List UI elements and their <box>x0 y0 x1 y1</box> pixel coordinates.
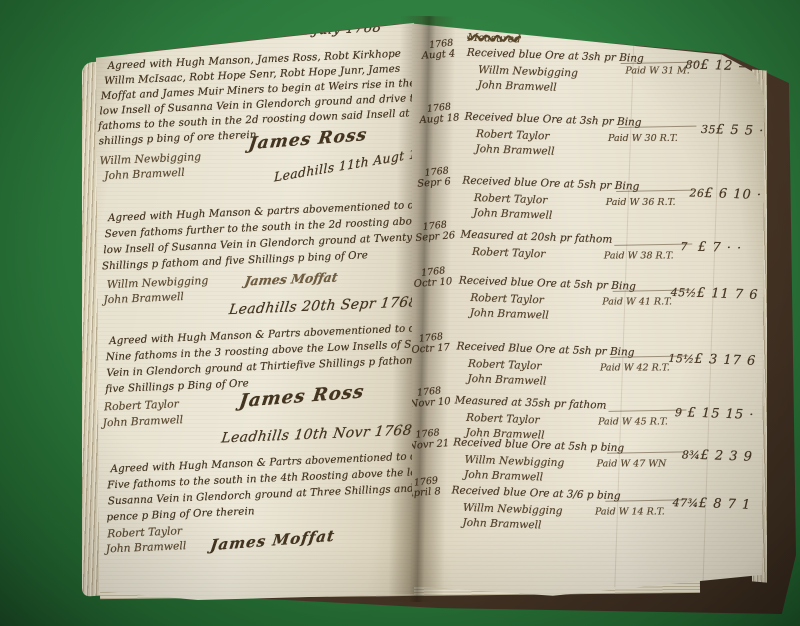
miner-names: Robert Taylor John Bramwell <box>475 127 555 160</box>
amount-pounds: £ 3 17 6 <box>694 352 756 369</box>
page-number: 146 <box>100 37 122 51</box>
entry-money: 26£ 6 10 · <box>689 181 762 203</box>
witness-name: John Bramwell <box>102 413 183 429</box>
entry-description: Received blue Ore at 5sh p bing <box>453 436 624 454</box>
quantity: 8¾ <box>682 448 701 462</box>
amount-pounds: £ 5 5 · <box>716 122 764 139</box>
contract-line: shillings p bing of ore therein <box>99 129 257 148</box>
ledger-entry-5: 1768 Octr 10 Received blue Ore at 5sh pr… <box>412 266 764 342</box>
payment-note: Paid W 45 R.T. <box>598 417 668 428</box>
right-page-content: 1768 Augt 4 Measured Received blue Ore a… <box>412 20 764 598</box>
amount-pounds: £ 6 10 · <box>704 186 762 203</box>
payment-note: Paid W 36 R.T. <box>606 197 676 208</box>
contract-entry-4: Leadhills 10th Novr 1768 Agreed with Hug… <box>96 20 402 27</box>
amount-pounds: £ 7 · · <box>698 240 743 257</box>
entry-money: 9 £ 15 15 · <box>675 401 755 423</box>
signature: James Moffat <box>243 269 338 288</box>
signature: James Ross <box>238 381 366 412</box>
signature: James Ross <box>247 125 368 154</box>
payment-note: Paid W 42 R.T. <box>600 363 670 374</box>
witness-name: John Bramwell <box>106 539 187 555</box>
payment-note: Paid W 31 M. <box>625 65 689 76</box>
entry-date: Sepr 6 <box>417 176 451 189</box>
entry-description: Measured at 20sh pr fathom <box>460 229 612 246</box>
amount-pounds: £ 15 15 · <box>687 406 754 423</box>
payment-note: Paid W 47 WN <box>597 459 667 470</box>
entry-money: 8¾£ 2 3 9 <box>682 443 754 464</box>
quantity: 35 <box>701 123 716 137</box>
miner-names: Robert Taylor <box>472 245 546 263</box>
quantity: 80 <box>685 58 700 72</box>
entry-description: Received blue Ore at 3/6 p bing <box>451 484 620 502</box>
dash-rule <box>616 190 694 192</box>
miner-names: Willm Newbigging John Bramwell <box>462 501 563 534</box>
amount-pounds: £ 11 7 6 <box>697 286 759 303</box>
witness-name: John Bramwell <box>104 166 185 182</box>
amount-pounds: £ 8 7 1 <box>699 496 752 513</box>
miner-names: Willm Newbigging John Bramwell <box>477 63 578 96</box>
entry-date: April 8 <box>412 486 441 499</box>
miner-name: John Bramwell <box>467 372 546 390</box>
entry-date: Augt 4 <box>421 48 455 61</box>
entry-money: 7 £ 7 · · <box>680 235 743 256</box>
miner-name: John Bramwell <box>475 142 554 160</box>
witness-name: Robert Taylor <box>107 524 182 540</box>
contract-entry-3: Leadhills 20th Sepr 1768 Agreed with Hug… <box>96 20 402 27</box>
entry-description: Measured at 35sh pr fathom <box>455 394 607 411</box>
miner-names: Robert Taylor John Bramwell <box>467 357 547 390</box>
witness-name: Robert Taylor <box>104 397 179 413</box>
witness-name: Willm Newbigging <box>99 150 201 167</box>
quantity: 26 <box>689 186 704 200</box>
contract-line: five Shillings p Bing of Ore <box>105 377 249 395</box>
entry-description: Received blue Ore at 3sh pr Bing <box>467 47 644 65</box>
entry-date: Augt 18 <box>419 112 460 126</box>
right-page: 1768 Augt 4 Measured Received blue Ore a… <box>412 20 764 598</box>
left-page-content: 146 Leadhills 8th July 1768 Agreed with … <box>96 20 414 600</box>
miner-name: Robert Taylor <box>472 245 546 263</box>
contract-entry-1: Leadhills 8th July 1768 Agreed with Hugh… <box>96 20 402 27</box>
entry-date: Novr 10 <box>412 396 451 410</box>
quantity: 7 <box>680 240 688 253</box>
miner-name: John Bramwell <box>473 206 552 224</box>
payment-note: Paid W 14 R.T. <box>595 507 665 518</box>
contract-heading: Leadhills 20th Sepr 1768 <box>228 294 414 318</box>
contract-entry-2: Leadhills 11th Augt 1768 Agreed with Hug… <box>96 20 402 27</box>
miner-names: Robert Taylor John Bramwell <box>470 291 550 324</box>
signature: James Moffat <box>209 527 336 555</box>
payment-note: Paid W 30 R.T. <box>608 133 678 144</box>
entry-money: 15½£ 3 17 6 <box>668 347 757 369</box>
contract-heading: Leadhills 10th Novr 1768 <box>220 422 413 446</box>
bing-note: fott Bing <box>707 34 748 52</box>
entry-date: Octr 10 <box>413 276 452 290</box>
dash-rule <box>607 451 685 453</box>
entry-date: Novr 21 <box>412 438 450 452</box>
entry-description: Received Blue Ore at 5sh pr Bing <box>456 340 634 358</box>
entry-money: 45½£ 11 7 6 <box>670 281 759 303</box>
ledger-photo: 146 Leadhills 8th July 1768 Agreed with … <box>0 0 800 626</box>
quantity: 45½ <box>670 286 697 300</box>
entry-date: Sepr 26 <box>415 230 456 244</box>
entry-date: Octr 17 <box>412 342 450 356</box>
contract-line: pence p Bing of Ore therein <box>106 505 255 523</box>
entry-description: Received blue Ore at 3sh pr Bing <box>464 111 641 129</box>
payment-note: Paid W 38 R.T. <box>604 251 674 262</box>
miner-name: John Bramwell <box>470 306 549 324</box>
payment-note: Paid W 41 R.T. <box>602 297 672 308</box>
quantity: 47¾ <box>672 496 699 510</box>
amount-pounds: £ 2 3 9 <box>700 448 753 465</box>
entry-money: 35£ 5 5 · <box>701 118 764 139</box>
quantity: 15½ <box>668 352 695 366</box>
left-page: 146 Leadhills 8th July 1768 Agreed with … <box>96 20 414 600</box>
witness-name: Willm Newbigging <box>107 274 209 291</box>
quantity: 9 <box>675 406 683 419</box>
contract-heading: Leadhills 8th July 1768 <box>213 20 382 43</box>
miner-names: Robert Taylor John Bramwell <box>473 191 553 224</box>
entry-money: 80£ 12 —— <box>685 53 764 75</box>
scratched-word: Measured <box>467 32 521 46</box>
entry-description: Received blue Ore at 5sh pr Bing <box>459 274 636 292</box>
ledger-entry-9: 1769 April 8 Received blue Ore at 3/6 p … <box>412 476 758 552</box>
entry-description: Received blue Ore at 5sh pr Bing <box>462 175 639 193</box>
entry-money: 47¾£ 8 7 1 <box>672 491 751 513</box>
witness-name: John Bramwell <box>103 290 184 306</box>
dash-rule <box>618 126 696 128</box>
